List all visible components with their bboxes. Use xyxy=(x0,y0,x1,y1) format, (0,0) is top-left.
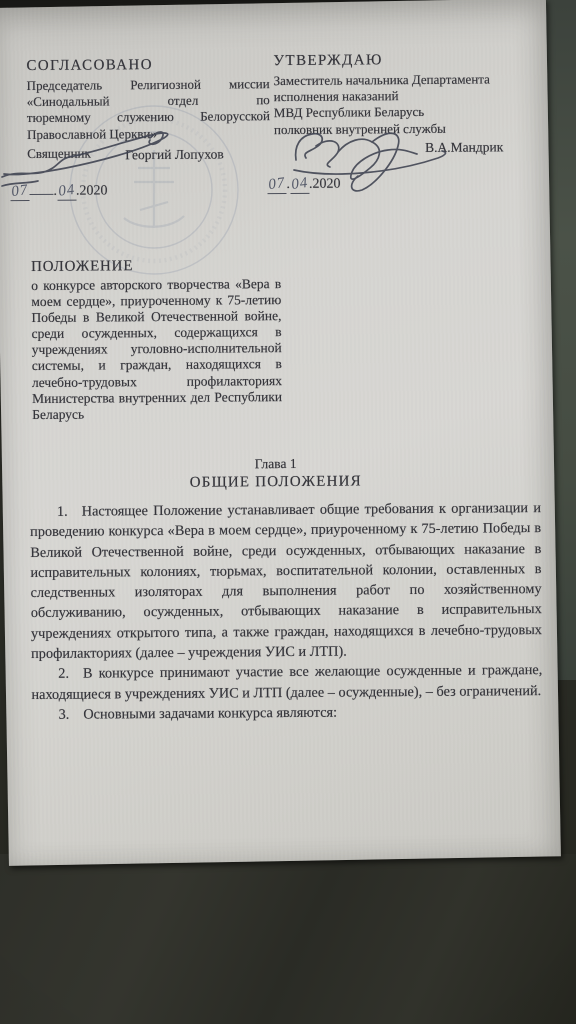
signature-left-icon xyxy=(0,0,576,1024)
document-photo: СОГЛАСОВАНО Председатель Религиозной мис… xyxy=(0,0,576,1024)
signature-right-icon xyxy=(294,133,445,191)
